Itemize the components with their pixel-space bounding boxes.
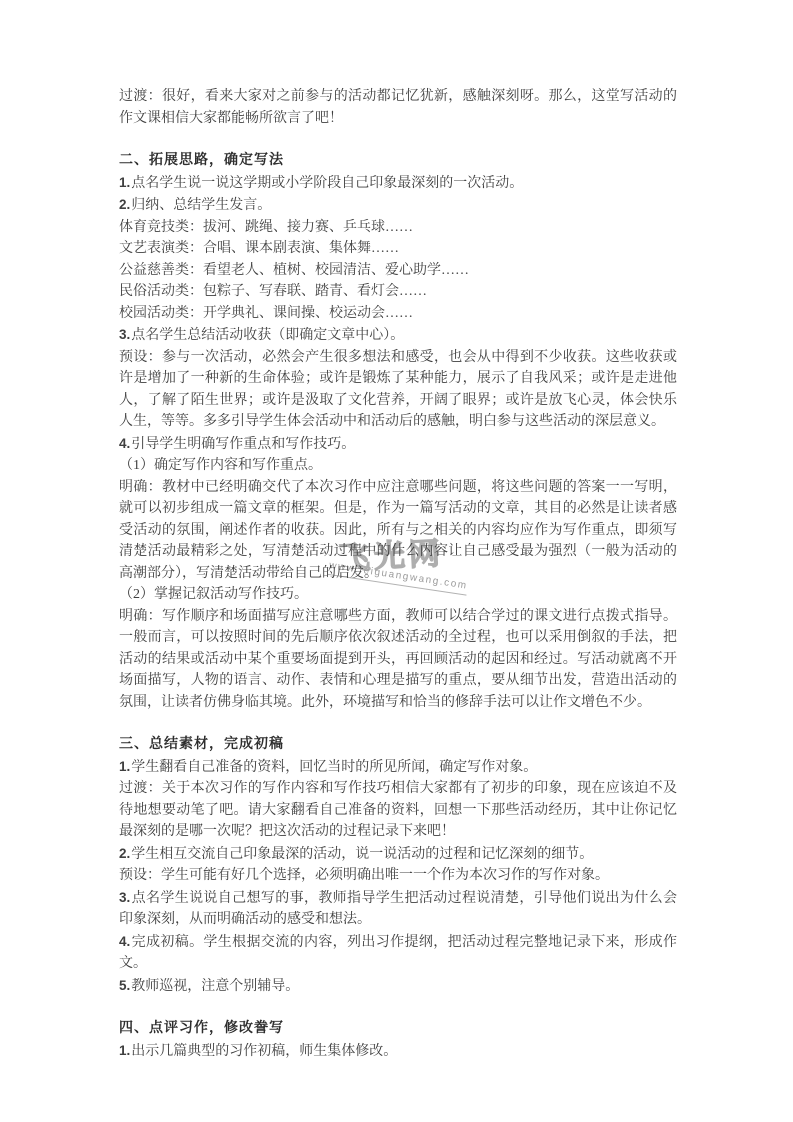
text-run: 完成初稿。学生根据交流的内容，列出习作提纲，把活动过程完整地记录下来，形成作文。 (119, 935, 677, 972)
paragraph: 民俗活动类：包粽子、写春联、踏青、看灯会…… (119, 281, 677, 303)
paragraph: 公益慈善类：看望老人、植树、校园清洁、爱心助学…… (119, 260, 677, 282)
paragraph: 预设：学生可能有好几个选择，必须明确出唯一一个作为本次习作的写作对象。 (119, 865, 677, 887)
list-number: 1. (119, 759, 131, 774)
text-run: 教师巡视，注意个别辅导。 (131, 979, 299, 994)
text-run: 体育竞技类：拔河、跳绳、接力赛、乒乓球…… (119, 220, 413, 235)
text-run: 明确：写作顺序和场面描写应注意哪些方面，教师可以结合学过的课文进行点拨式指导。一… (119, 609, 677, 710)
text-run: 二、拓展思路，确定写法 (119, 153, 284, 168)
section-heading: 二、拓展思路，确定写法 (119, 150, 677, 172)
text-run: 归纳、总结学生发言。 (131, 198, 271, 213)
paragraph: 1.点名学生说一说这学期或小学阶段自己印象最深刻的一次活动。 (119, 172, 677, 195)
text-run: 校园活动类：开学典礼、课间操、校运动会…… (119, 306, 413, 321)
section-heading: 四、点评习作，修改誊写 (119, 1018, 677, 1040)
paragraph: 校园活动类：开学典礼、课间操、校运动会…… (119, 303, 677, 325)
text-run: 预设：参与一次活动，必然会产生很多想法和感受，也会从中得到不少收获。这些收获或许… (119, 350, 677, 430)
paragraph: 5.教师巡视，注意个别辅导。 (119, 975, 677, 998)
list-number: 4. (119, 436, 131, 451)
paragraph: 2.学生相互交流自己印象最深的活动，说一说活动的过程和记忆深刻的细节。 (119, 843, 677, 866)
text-run: 过渡：关于本次习作的写作内容和写作技巧相信大家都有了初步的印象，现在应该迫不及待… (119, 781, 677, 839)
text-run: 明确：教材中已经明确交代了本次习作中应注意哪些问题，将这些问题的答案一一写明，就… (119, 480, 677, 581)
paragraph: 1.出示几篇典型的习作初稿，师生集体修改。 (119, 1040, 677, 1063)
paragraph: （1）确定写作内容和写作重点。 (119, 455, 677, 477)
paragraph: 预设：参与一次活动，必然会产生很多想法和感受，也会从中得到不少收获。这些收获或许… (119, 347, 677, 433)
paragraph: 1.学生翻看自己准备的资料，回忆当时的所见所闻，确定写作对象。 (119, 756, 677, 779)
document-page: 飞光网 www.feiguangwang.com 过渡：很好，看来大家对之前参与… (0, 0, 793, 1122)
text-run: 点名学生说说自己想写的事，教师指导学生把活动过程说清楚，引导他们说出为什么会印象… (119, 891, 677, 928)
paragraph: 2.归纳、总结学生发言。 (119, 194, 677, 217)
list-number: 1. (119, 1043, 131, 1058)
list-number: 1. (119, 175, 131, 190)
paragraph: （2）掌握记叙活动写作技巧。 (119, 584, 677, 606)
section-heading: 三、总结素材，完成初稿 (119, 734, 677, 756)
text-run: 预设：学生可能有好几个选择，必须明确出唯一一个作为本次习作的写作对象。 (119, 868, 609, 883)
text-run: （1）确定写作内容和写作重点。 (119, 458, 322, 473)
text-run: 点名学生总结活动收获（即确定文章中心）。 (131, 328, 404, 343)
paragraph: 3.点名学生说说自己想写的事，教师指导学生把活动过程说清楚，引导他们说出为什么会… (119, 887, 677, 931)
text-run: 引导学生明确写作重点和写作技巧。 (131, 437, 355, 452)
list-number: 4. (119, 934, 131, 949)
paragraph: 明确：写作顺序和场面描写应注意哪些方面，教师可以结合学过的课文进行点拨式指导。一… (119, 606, 677, 714)
text-run: 文艺表演类：合唱、课本剧表演、集体舞…… (119, 241, 399, 256)
paragraph: 体育竞技类：拔河、跳绳、接力赛、乒乓球…… (119, 217, 677, 239)
document-body: 过渡：很好，看来大家对之前参与的活动都记忆犹新，感触深刻呀。那么，这堂写活动的作… (119, 86, 677, 1062)
text-run: 过渡：很好，看来大家对之前参与的活动都记忆犹新，感触深刻呀。那么，这堂写活动的作… (119, 89, 677, 126)
text-run: 公益慈善类：看望老人、植树、校园清洁、爱心助学…… (119, 263, 469, 278)
paragraph: 4.引导学生明确写作重点和写作技巧。 (119, 433, 677, 456)
text-run: （2）掌握记叙活动写作技巧。 (119, 587, 308, 602)
text-run: 出示几篇典型的习作初稿，师生集体修改。 (131, 1044, 397, 1059)
paragraph: 文艺表演类：合唱、课本剧表演、集体舞…… (119, 238, 677, 260)
text-run: 三、总结素材，完成初稿 (119, 737, 284, 752)
paragraph: 4.完成初稿。学生根据交流的内容，列出习作提纲，把活动过程完整地记录下来，形成作… (119, 931, 677, 975)
text-run: 四、点评习作，修改誊写 (119, 1021, 284, 1036)
list-number: 2. (119, 197, 131, 212)
text-run: 点名学生说一说这学期或小学阶段自己印象最深刻的一次活动。 (131, 176, 523, 191)
list-number: 3. (119, 890, 131, 905)
paragraph: 明确：教材中已经明确交代了本次习作中应注意哪些问题，将这些问题的答案一一写明，就… (119, 477, 677, 585)
paragraph: 3.点名学生总结活动收获（即确定文章中心）。 (119, 324, 677, 347)
paragraph: 过渡：关于本次习作的写作内容和写作技巧相信大家都有了初步的印象，现在应该迫不及待… (119, 778, 677, 843)
list-number: 2. (119, 846, 131, 861)
paragraph: 过渡：很好，看来大家对之前参与的活动都记忆犹新，感触深刻呀。那么，这堂写活动的作… (119, 86, 677, 129)
list-number: 3. (119, 327, 131, 342)
text-run: 学生相互交流自己印象最深的活动，说一说活动的过程和记忆深刻的细节。 (131, 847, 593, 862)
text-run: 学生翻看自己准备的资料，回忆当时的所见所闻，确定写作对象。 (131, 760, 537, 775)
text-run: 民俗活动类：包粽子、写春联、踏青、看灯会…… (119, 284, 427, 299)
list-number: 5. (119, 978, 131, 993)
